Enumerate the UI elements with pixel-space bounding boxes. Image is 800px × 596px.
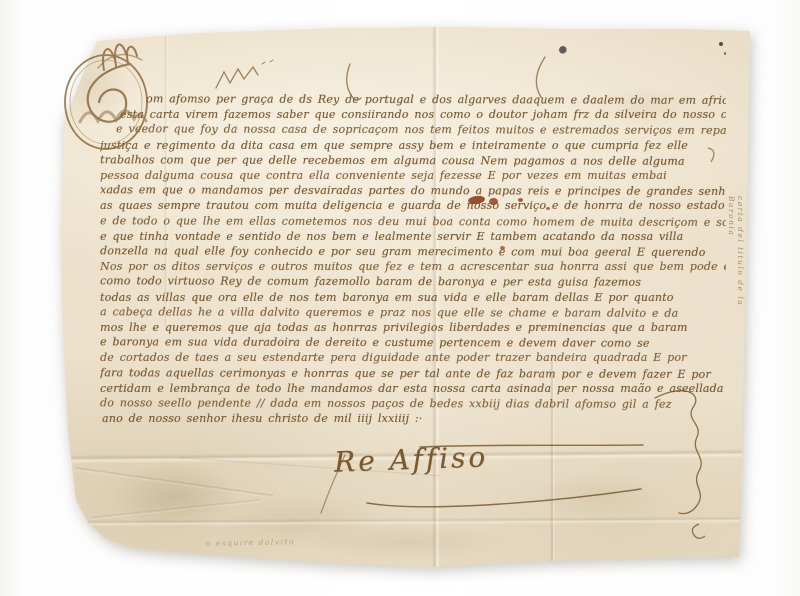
archival-marginal-note: carta del titulo de la Baronia <box>727 196 745 346</box>
manuscript-text-line: om afomso per graça de ds Rey de portuga… <box>146 91 726 108</box>
manuscript-text-line: ano de nosso senhor ihesu christo de mil… <box>102 411 726 426</box>
fold-crease-horizontal-lower <box>60 516 752 527</box>
manuscript-text-line: do nosso seello pendente // dada em noss… <box>100 395 726 412</box>
worm-hole <box>559 46 567 54</box>
ink-speck <box>719 42 723 46</box>
manuscript-text-line: pessoa dalguma cousa que contra ella con… <box>100 168 726 183</box>
manuscript-text-line: Nos por os ditos serviços e outros muito… <box>100 259 726 274</box>
manuscript-text-line: e veedor que foy da nossa casa de sopric… <box>116 122 726 139</box>
wrinkle-line <box>75 467 273 498</box>
manuscript-text-block: om afomso per graça de ds Rey de portuga… <box>100 92 726 426</box>
manuscript-text-line: mos lhe e queremos que aja todas as honr… <box>100 320 726 335</box>
manuscript-text-line: esta carta virem fazemos saber que consi… <box>120 107 726 122</box>
manuscript-text-line: donzella na qual elle foy conhecido e po… <box>100 243 726 260</box>
royal-signature: Re Affiso <box>333 440 488 478</box>
manuscript-text-line: trabalhos com que per que delle recebemo… <box>100 152 726 169</box>
manuscript-text-line: a cabeça dellas he a villa dalvito quere… <box>100 304 726 321</box>
manuscript-text-line: justiça e regimento da dita casa em que … <box>100 138 726 153</box>
faint-bottom-inscription: o esquire dalvito <box>206 537 295 548</box>
manuscript-text-line: fara todas aquellas cerimonyas e honrras… <box>100 365 726 382</box>
manuscript-text-line: certidam e lembrança de todo lhe mandamo… <box>100 381 726 396</box>
manuscript-text-line: de cortados de taes a seu estendarte per… <box>100 350 726 365</box>
wrinkle-line <box>90 499 259 520</box>
manuscript-text-line: como todo virtuoso Rey de comum fazemoll… <box>100 274 726 291</box>
manuscript-text-line: todas as villas que ora elle de nos tem … <box>100 290 726 305</box>
manuscript-text-line: e de todo o que lhe em ellas cometemos n… <box>100 213 726 230</box>
manuscript-text-line: e que tinha vontade e sentido de nos bem… <box>100 229 726 244</box>
manuscript-text-line: as quaes sempre trautou com muita delige… <box>100 198 726 213</box>
manuscript-text-line: e baronya em sua vida duradoira de derei… <box>100 334 726 351</box>
manuscript-text-line: xadas em que o mandamos per desvairadas … <box>100 182 726 199</box>
ink-speck <box>724 52 726 55</box>
manuscript-photograph: om afomso per graça de ds Rey de portuga… <box>0 0 800 596</box>
